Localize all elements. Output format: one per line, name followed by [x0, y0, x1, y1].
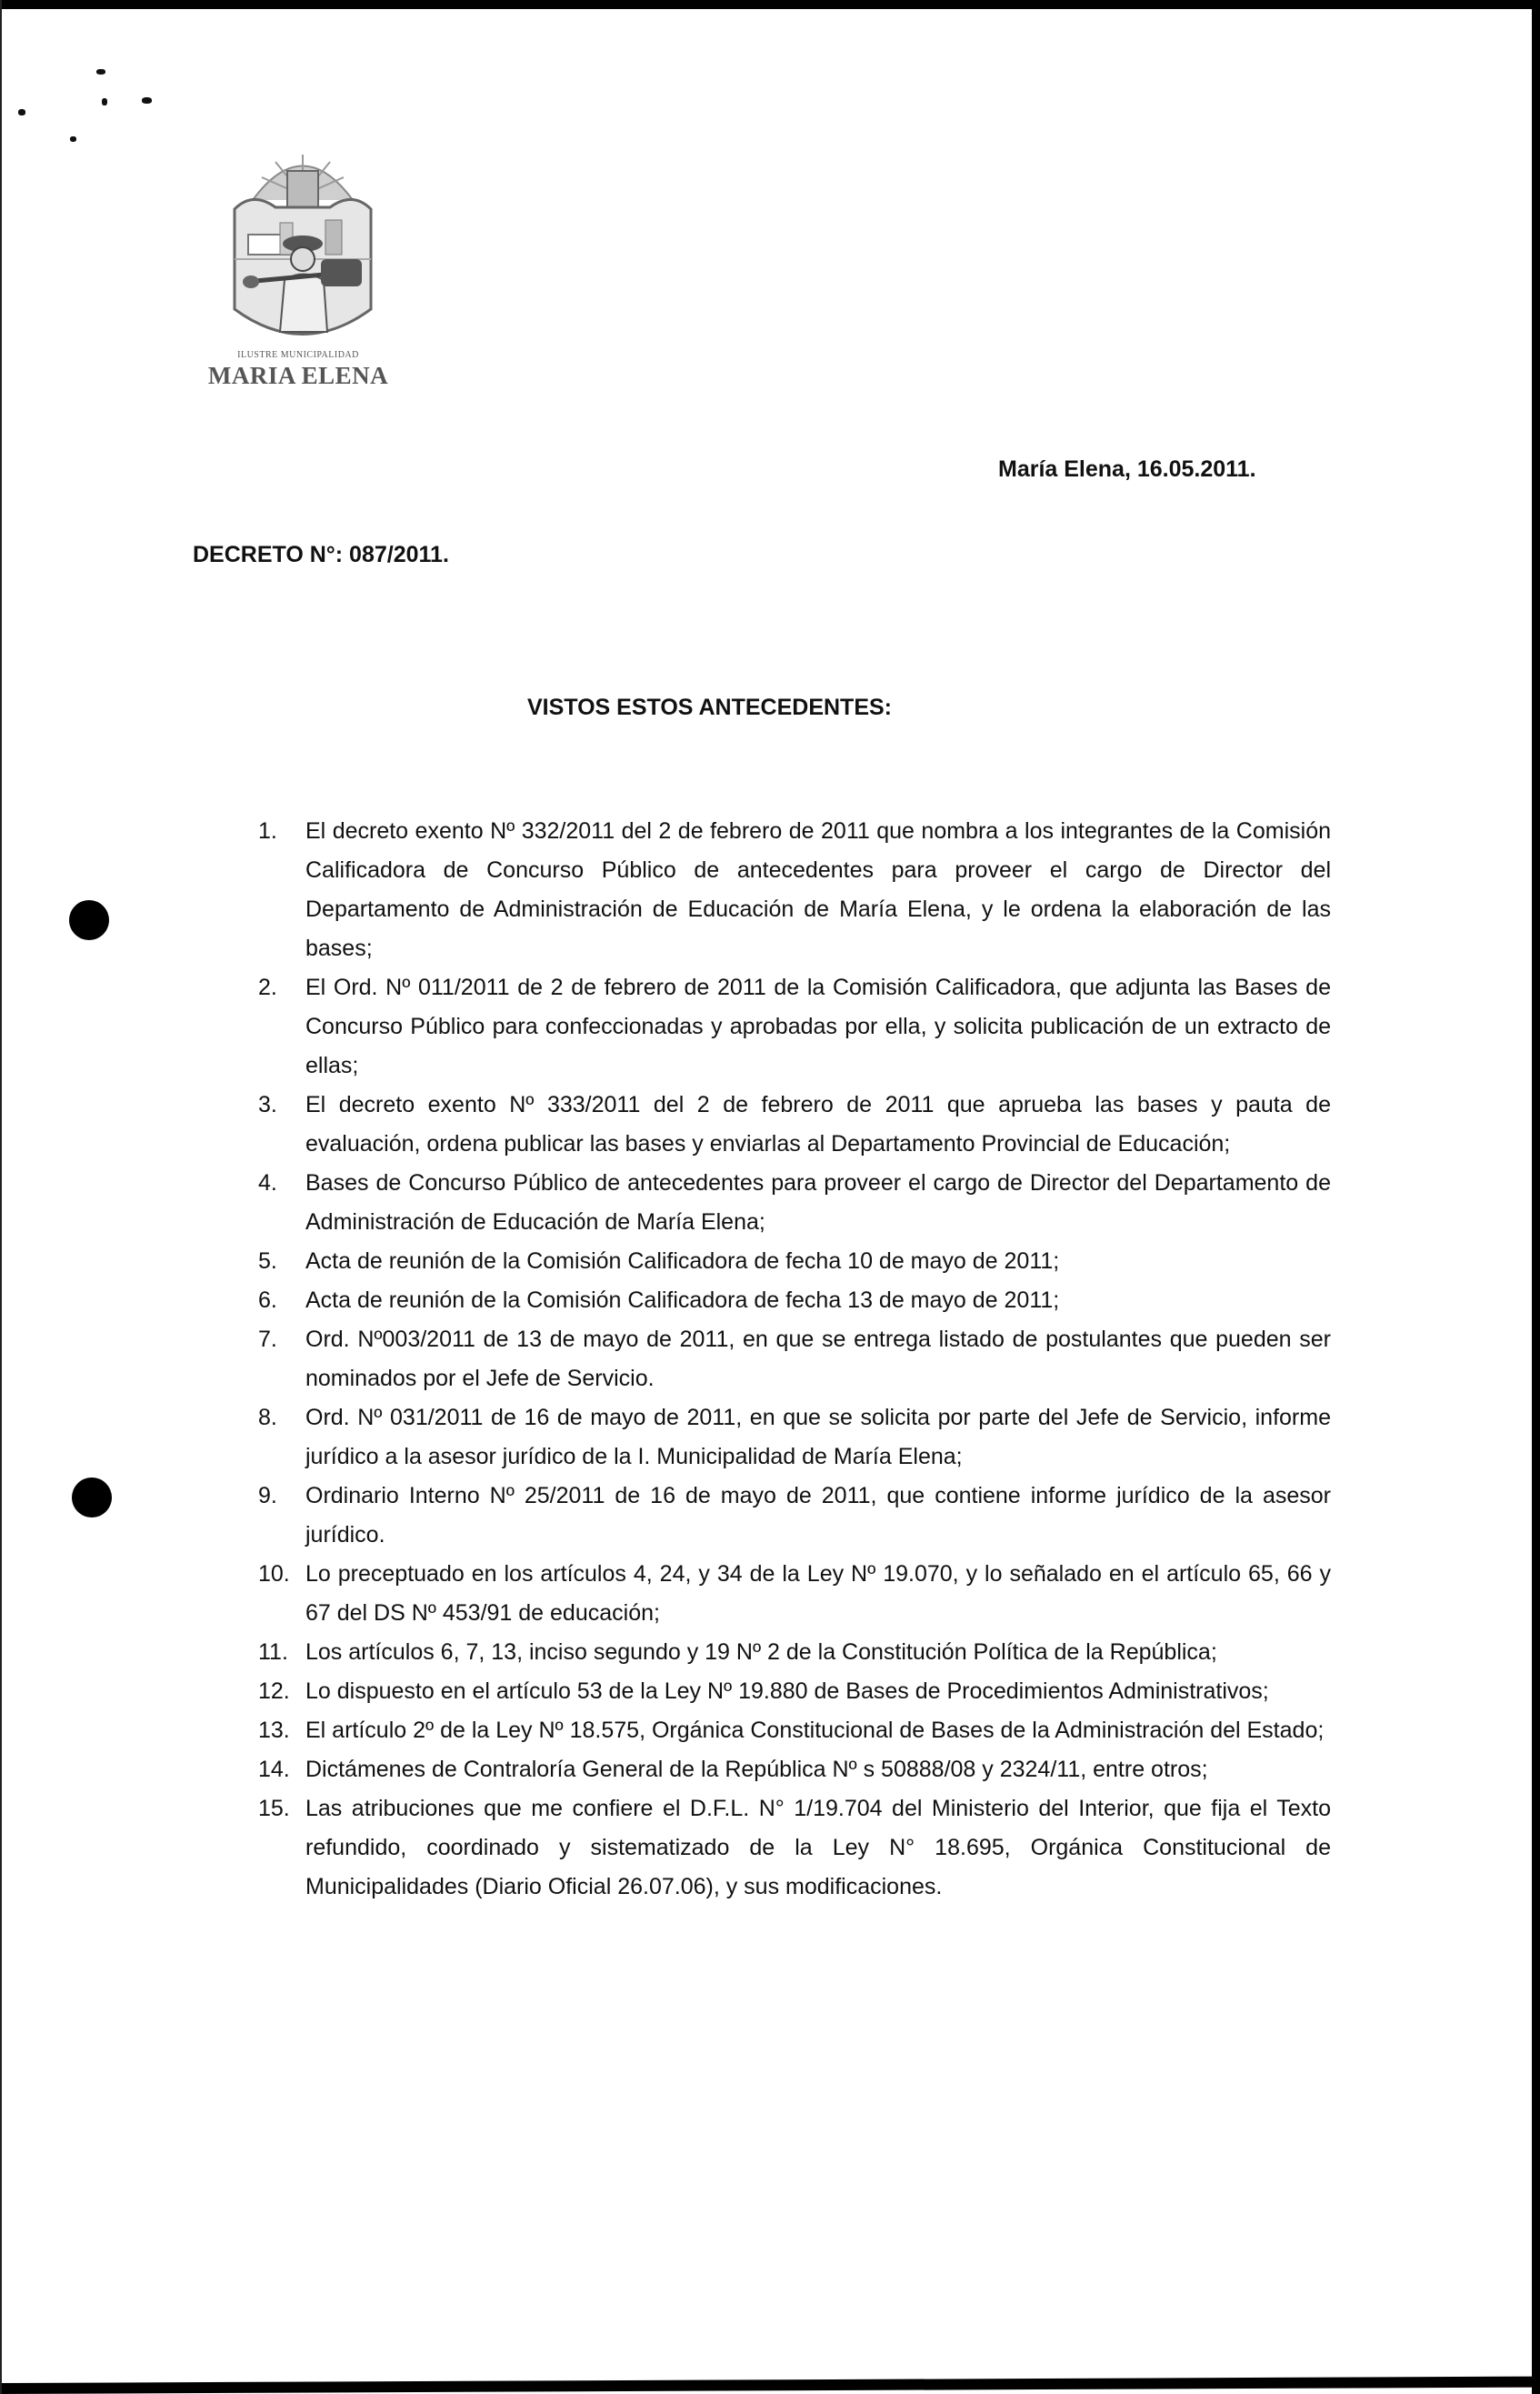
section-heading: VISTOS ESTOS ANTECEDENTES: — [527, 695, 892, 721]
list-item: 1.El decreto exento Nº 332/2011 del 2 de… — [258, 812, 1331, 968]
item-text: Ord. Nº 031/2011 de 16 de mayo de 2011, … — [305, 1405, 1331, 1469]
decree-number: DECRETO N°: 087/2011. — [193, 542, 449, 568]
item-number: 2. — [258, 968, 304, 1007]
punch-hole — [72, 1477, 112, 1518]
item-text: Acta de reunión de la Comisión Calificad… — [305, 1248, 1059, 1274]
item-text: El decreto exento Nº 332/2011 del 2 de f… — [305, 818, 1331, 961]
punch-hole — [69, 900, 109, 940]
item-text: Lo dispuesto en el artículo 53 de la Ley… — [305, 1678, 1269, 1704]
list-item: 8.Ord. Nº 031/2011 de 16 de mayo de 2011… — [258, 1398, 1331, 1477]
list-item: 2.El Ord. Nº 011/2011 de 2 de febrero de… — [258, 968, 1331, 1086]
list-item: 15.Las atribuciones que me confiere el D… — [258, 1789, 1331, 1907]
document-date: María Elena, 16.05.2011. — [998, 456, 1256, 483]
item-text: El Ord. Nº 011/2011 de 2 de febrero de 2… — [305, 975, 1331, 1078]
scan-speck — [102, 98, 107, 105]
item-number: 5. — [258, 1242, 304, 1281]
item-text: Ordinario Interno Nº 25/2011 de 16 de ma… — [305, 1483, 1331, 1548]
item-text: Dictámenes de Contraloría General de la … — [305, 1757, 1208, 1782]
list-item: 10.Lo preceptuado en los artículos 4, 24… — [258, 1555, 1331, 1633]
scan-speck — [18, 109, 25, 115]
item-number: 9. — [258, 1477, 304, 1516]
list-item: 12.Lo dispuesto en el artículo 53 de la … — [258, 1672, 1331, 1711]
item-number: 14. — [258, 1750, 304, 1789]
list-item: 3.El decreto exento Nº 333/2011 del 2 de… — [258, 1086, 1331, 1164]
item-number: 11. — [258, 1633, 304, 1672]
list-item: 5.Acta de reunión de la Comisión Calific… — [258, 1242, 1331, 1281]
item-number: 6. — [258, 1281, 304, 1320]
item-text: El decreto exento Nº 333/2011 del 2 de f… — [305, 1092, 1331, 1157]
letterhead-subtitle: ILUSTRE MUNICIPALIDAD — [207, 350, 389, 360]
antecedentes-list: 1.El decreto exento Nº 332/2011 del 2 de… — [258, 812, 1331, 1907]
item-number: 1. — [258, 812, 304, 851]
item-number: 7. — [258, 1320, 304, 1359]
item-text: Los artículos 6, 7, 13, inciso segundo y… — [305, 1639, 1217, 1665]
item-text: Ord. Nº003/2011 de 13 de mayo de 2011, e… — [305, 1327, 1331, 1391]
scan-speck — [70, 136, 76, 142]
item-number: 12. — [258, 1672, 304, 1711]
item-number: 13. — [258, 1711, 304, 1750]
scan-border-bottom — [0, 2377, 1540, 2394]
item-number: 4. — [258, 1164, 304, 1203]
item-text: Las atribuciones que me confiere el D.F.… — [305, 1796, 1331, 1899]
list-item: 11.Los artículos 6, 7, 13, inciso segund… — [258, 1633, 1331, 1672]
item-number: 15. — [258, 1789, 304, 1828]
list-item: 6.Acta de reunión de la Comisión Calific… — [258, 1281, 1331, 1320]
scan-border-left — [0, 0, 2, 2394]
municipal-emblem-icon — [225, 136, 380, 355]
letterhead-municipality-name: MARIA ELENA — [207, 362, 389, 390]
scan-speck — [96, 69, 105, 75]
list-item: 13.El artículo 2º de la Ley Nº 18.575, O… — [258, 1711, 1331, 1750]
item-number: 10. — [258, 1555, 304, 1594]
list-item: 14.Dictámenes de Contraloría General de … — [258, 1750, 1331, 1789]
scan-border-top — [0, 0, 1540, 9]
item-text: Bases de Concurso Público de antecedente… — [305, 1170, 1331, 1235]
item-number: 3. — [258, 1086, 304, 1125]
scan-speck — [142, 97, 152, 104]
list-item: 7.Ord. Nº003/2011 de 13 de mayo de 2011,… — [258, 1320, 1331, 1398]
item-text: Lo preceptuado en los artículos 4, 24, y… — [305, 1561, 1331, 1626]
list-item: 9.Ordinario Interno Nº 25/2011 de 16 de … — [258, 1477, 1331, 1555]
item-text: Acta de reunión de la Comisión Calificad… — [305, 1287, 1059, 1313]
scan-border-right — [1532, 0, 1540, 2394]
list-item: 4.Bases de Concurso Público de anteceden… — [258, 1164, 1331, 1242]
item-text: El artículo 2º de la Ley Nº 18.575, Orgá… — [305, 1718, 1324, 1743]
item-number: 8. — [258, 1398, 304, 1437]
